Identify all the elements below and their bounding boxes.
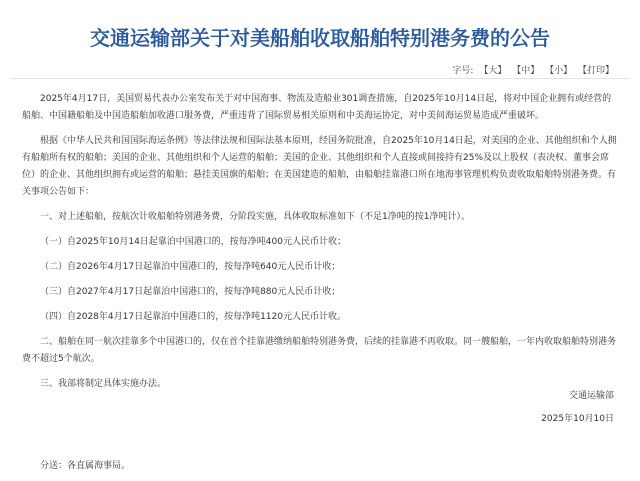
font-large-link[interactable]: 【大】 [479,66,506,76]
fee-schedule-item: （三）自2027年4月17日起靠泊中国港口的，按每净吨880元人民币计收； [22,284,620,301]
paragraph-background: 2025年4月17日，美国贸易代表办公室发布关于对中国海事、物流及造船业301调… [22,91,620,125]
paragraph-legal-basis: 根据《中华人民共和国国际海运条例》等法律法规和国际法基本原则，经国务院批准，自2… [22,133,620,201]
fee-schedule-item: （二）自2026年4月17日起靠泊中国港口的，按每净吨640元人民币计收； [22,259,620,276]
paragraph-item-one: 一、对上述船舶，按航次计收船舶特别港务费，分阶段实施，具体收取标准如下（不足1净… [22,209,620,226]
distribution-list: 分送：各直属海事局。 [40,458,130,471]
page-title: 交通运输部关于对美船舶收取船舶特别港务费的公告 [0,22,640,51]
header-divider [10,78,630,79]
font-size-bar: 字号: 【大】 【中】 【小】 【打印】 [452,63,614,76]
issue-date: 2025年10月10日 [541,411,614,424]
paragraph-item-three: 三、我部将制定具体实施办法。 [22,376,620,393]
font-medium-link[interactable]: 【中】 [512,66,539,76]
paragraph-item-two: 二、船舶在同一航次挂靠多个中国港口的，仅在首个挂靠港缴纳船舶特别港务费，后续的挂… [22,334,620,368]
document-body: 2025年4月17日，美国贸易代表办公室发布关于对中国海事、物流及造船业301调… [22,91,620,401]
fee-schedule-item: （四）自2028年4月17日起靠泊中国港口的，按每净吨1120元人民币计收。 [22,309,620,326]
fee-schedule-item: （一）自2025年10月14日起靠泊中国港口的，按每净吨400元人民币计收； [22,234,620,251]
font-size-label: 字号: [452,66,473,76]
print-link[interactable]: 【打印】 [578,66,614,76]
issuer-signature: 交通运输部 [569,388,614,401]
font-small-link[interactable]: 【小】 [545,66,572,76]
